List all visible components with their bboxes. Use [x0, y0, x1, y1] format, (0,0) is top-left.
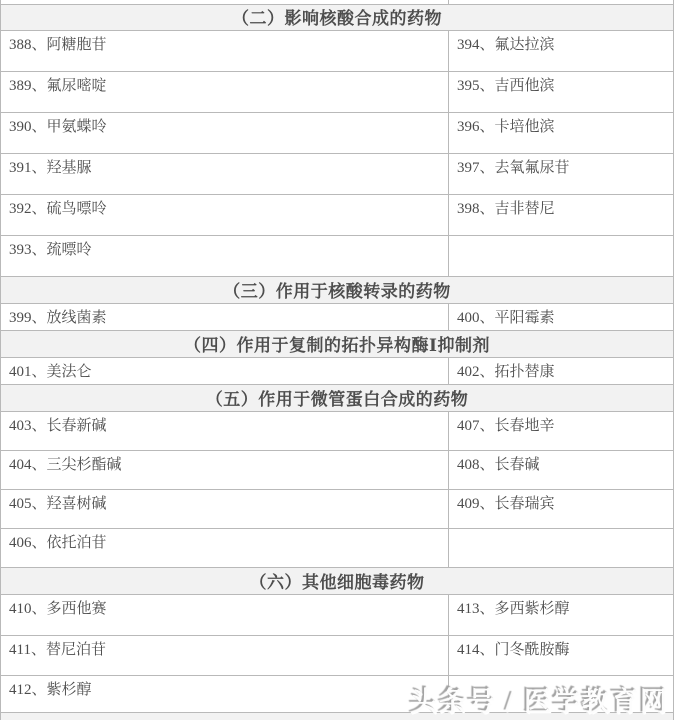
- drug-row: 403、长春新碱407、长春地辛: [1, 412, 673, 451]
- drug-row: 412、紫杉醇: [1, 676, 673, 713]
- drug-row: 399、放线菌素400、平阳霉素: [1, 304, 673, 331]
- drug-cell-left: 406、依托泊苷: [1, 529, 448, 567]
- drug-row: 405、羟喜树碱409、长春瑞宾: [1, 490, 673, 529]
- drug-classification-table: （二）影响核酸合成的药物388、阿糖胞苷394、氟达拉滨389、氟尿嘧啶395、…: [0, 0, 674, 720]
- drug-row: 392、硫鸟嘌呤398、吉非替尼: [1, 195, 673, 236]
- drug-cell-right: 394、氟达拉滨: [448, 31, 673, 71]
- section-header-row: （六）其他细胞毒药物: [1, 568, 673, 595]
- drug-cell-right: 413、多西紫杉醇: [448, 595, 673, 635]
- section-header-label: （三）作用于核酸转录的药物: [223, 281, 451, 300]
- drug-cell-left: 390、甲氨蝶呤: [1, 113, 448, 153]
- drug-row: 410、多西他赛413、多西紫杉醇: [1, 595, 673, 636]
- drug-cell-right: [448, 529, 673, 567]
- drug-cell-left: 410、多西他赛: [1, 595, 448, 635]
- drug-cell-right: [448, 236, 673, 276]
- section-header-label: （五）作用于微管蛋白合成的药物: [206, 389, 469, 408]
- drug-cell-left: 388、阿糖胞苷: [1, 31, 448, 71]
- section-header-label: （四）作用于复制的拓扑异构酶Ⅰ抑制剂: [184, 335, 490, 354]
- drug-cell-right: 400、平阳霉素: [448, 304, 673, 330]
- drug-cell-right: 409、长春瑞宾: [448, 490, 673, 528]
- drug-cell-left: 401、美法仑: [1, 358, 448, 384]
- drug-row: 401、美法仑402、拓扑替康: [1, 358, 673, 385]
- drug-row: 391、羟基脲397、去氧氟尿苷: [1, 154, 673, 195]
- partial-row-bottom: [1, 713, 673, 720]
- drug-cell-left: 403、长春新碱: [1, 412, 448, 450]
- drug-cell-right: 397、去氧氟尿苷: [448, 154, 673, 194]
- drug-cell-left: 393、巯嘌呤: [1, 236, 448, 276]
- drug-cell-right: 395、吉西他滨: [448, 72, 673, 112]
- drug-cell-left: 391、羟基脲: [1, 154, 448, 194]
- drug-row: 404、三尖杉酯碱408、长春碱: [1, 451, 673, 490]
- drug-cell-right: 414、门冬酰胺酶: [448, 636, 673, 675]
- drug-classification-page: （二）影响核酸合成的药物388、阿糖胞苷394、氟达拉滨389、氟尿嘧啶395、…: [0, 0, 676, 721]
- drug-cell-left: 399、放线菌素: [1, 304, 448, 330]
- section-header-label: （二）影响核酸合成的药物: [232, 8, 442, 27]
- drug-cell-right: 402、拓扑替康: [448, 358, 673, 384]
- drug-cell-left: 411、替尼泊苷: [1, 636, 448, 675]
- drug-cell-right: 408、长春碱: [448, 451, 673, 489]
- section-header-label: （六）其他细胞毒药物: [250, 572, 425, 591]
- drug-cell-right: [448, 676, 673, 712]
- drug-row: 389、氟尿嘧啶395、吉西他滨: [1, 72, 673, 113]
- drug-row: 393、巯嘌呤: [1, 236, 673, 277]
- drug-cell-left: 412、紫杉醇: [1, 676, 448, 712]
- section-header-row: （四）作用于复制的拓扑异构酶Ⅰ抑制剂: [1, 331, 673, 358]
- section-header-row: （二）影响核酸合成的药物: [1, 5, 673, 31]
- drug-row: 388、阿糖胞苷394、氟达拉滨: [1, 31, 673, 72]
- drug-row: 406、依托泊苷: [1, 529, 673, 568]
- drug-cell-left: 404、三尖杉酯碱: [1, 451, 448, 489]
- drug-cell-right: 396、卡培他滨: [448, 113, 673, 153]
- drug-row: 390、甲氨蝶呤396、卡培他滨: [1, 113, 673, 154]
- drug-cell-right: 398、吉非替尼: [448, 195, 673, 235]
- drug-row: 411、替尼泊苷414、门冬酰胺酶: [1, 636, 673, 676]
- drug-cell-left: 392、硫鸟嘌呤: [1, 195, 448, 235]
- drug-cell-left: 389、氟尿嘧啶: [1, 72, 448, 112]
- section-header-row: （三）作用于核酸转录的药物: [1, 277, 673, 304]
- drug-cell-left: 405、羟喜树碱: [1, 490, 448, 528]
- section-header-row: （五）作用于微管蛋白合成的药物: [1, 385, 673, 412]
- drug-cell-right: 407、长春地辛: [448, 412, 673, 450]
